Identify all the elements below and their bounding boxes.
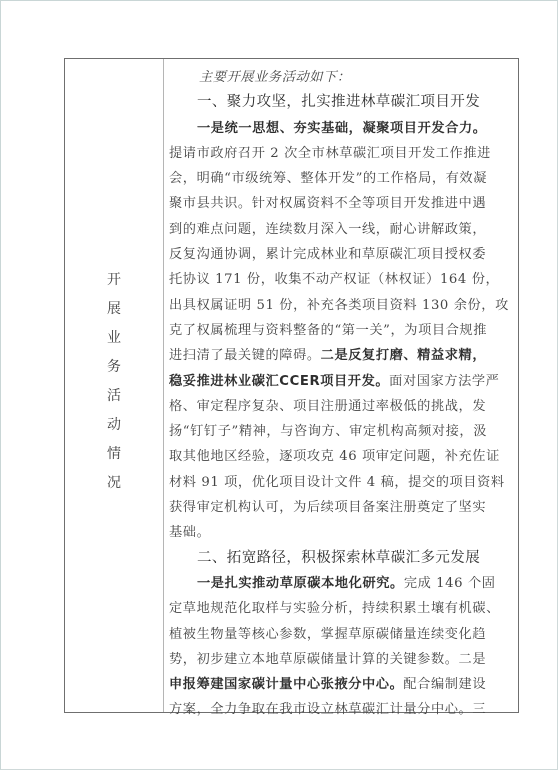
body-line: 定草地规范化取样与实验分析，持续积累土壤有机碳、: [169, 596, 511, 621]
body-line: 聚市县共识。针对权属资料不全等项目开发推进中遇: [169, 191, 511, 216]
body-line: 基础。: [169, 520, 511, 545]
body-text: 完成 146 个固: [404, 576, 496, 591]
body-line: 获得审定机构认可，为后续项目备案注册奠定了坚实: [169, 495, 511, 520]
section-1-para-2-lead-a: 二是反复打磨、精益求精，: [321, 348, 486, 363]
intro-text: 主要开展业务活动如下：: [169, 65, 511, 90]
row-label-char: 展: [107, 302, 121, 316]
body-line: 格、审定程序复杂、项目注册通过率极低的挑战，发: [169, 394, 511, 419]
body-text: 面对国家方法学严: [389, 374, 499, 389]
section-2-para-1-lead: 一是扎实推动草原碳本地化研究。: [197, 576, 404, 591]
body-line-mixed: 申报筹建国家碳计量中心张掖分中心。配合编制建设: [169, 672, 511, 697]
section-2-para-2-lead: 申报筹建国家碳计量中心张掖分中心。: [169, 677, 403, 692]
body-text: 势，初步建立本地草原碳储量计算的关键参数。: [169, 652, 459, 667]
body-text: 二是: [459, 652, 487, 667]
row-label-char: 况: [107, 476, 121, 490]
row-label-char: 务: [107, 360, 121, 374]
section-1-para-2-lead-b: 稳妥推进林业碳汇CCER项目开发。: [169, 374, 389, 389]
section-2-heading: 二、拓宽路径，积极探索林草碳汇多元发展: [169, 546, 511, 571]
report-table: 开 展 业 务 活 动 情 况 主要开展业务活动如下： 一、聚力攻坚，扎实推进林…: [64, 58, 519, 713]
body-line: 扬“钉钉子”精神，与咨询方、审定机构高频对接，汲: [169, 419, 511, 444]
body-line: 取其他地区经验，逐项攻克 46 项审定问题，补充佐证: [169, 444, 511, 469]
section-1-heading: 一、聚力攻坚，扎实推进林草碳汇项目开发: [169, 90, 511, 115]
body-line-mixed: 势，初步建立本地草原碳储量计算的关键参数。二是: [169, 647, 511, 672]
row-label-char: 开: [107, 273, 121, 287]
body-line: 会，明确“市级统筹、整体开发”的工作格局，有效凝: [169, 166, 511, 191]
body-line: 材料 91 项，优化项目设计文件 4 稿，提交的项目资料: [169, 470, 511, 495]
body-line: 克了权属梳理与资料整备的“第一关”，为项目合规推: [169, 318, 511, 343]
body-line-mixed: 一是扎实推动草原碳本地化研究。完成 146 个固: [169, 571, 511, 596]
row-label-cell: 开 展 业 务 活 动 情 况: [65, 59, 163, 712]
row-label-vertical: 开 展 业 务 活 动 情 况: [65, 273, 163, 505]
row-label-char: 动: [107, 418, 121, 432]
row-label-char: 业: [107, 331, 121, 345]
body-line: 植被生物量等核心参数，掌握草原碳储量连续变化趋: [169, 622, 511, 647]
body-line: 提请市政府召开 2 次全市林草碳汇项目开发工作推进: [169, 141, 511, 166]
body-line: 方案，全力争取在我市设立林草碳汇计量分中心。三: [169, 697, 511, 722]
body-text: 配合编制建设: [403, 677, 486, 692]
section-1-para-1-lead: 一是统一思想、夯实基础，凝聚项目开发合力。: [169, 116, 511, 141]
column-divider: [163, 59, 164, 712]
row-label-char: 情: [107, 447, 121, 461]
body-line: 托协议 171 份，收集不动产权证（林权证）164 份，: [169, 267, 511, 292]
body-text: 进扫清了最关键的障碍。: [169, 348, 321, 363]
body-line: 出具权属证明 51 份，补充各类项目资料 130 余份，攻: [169, 293, 511, 318]
body-line-mixed: 进扫清了最关键的障碍。二是反复打磨、精益求精，: [169, 343, 511, 368]
row-label-char: 活: [107, 389, 121, 403]
content-cell: 主要开展业务活动如下： 一、聚力攻坚，扎实推进林草碳汇项目开发 一是统一思想、夯…: [169, 65, 511, 723]
body-line: 到的难点问题，连续数月深入一线，耐心讲解政策，: [169, 217, 511, 242]
body-line: 反复沟通协调，累计完成林业和草原碳汇项目授权委: [169, 242, 511, 267]
document-page: 开 展 业 务 活 动 情 况 主要开展业务活动如下： 一、聚力攻坚，扎实推进林…: [0, 0, 558, 770]
body-line-mixed: 稳妥推进林业碳汇CCER项目开发。面对国家方法学严: [169, 369, 511, 394]
